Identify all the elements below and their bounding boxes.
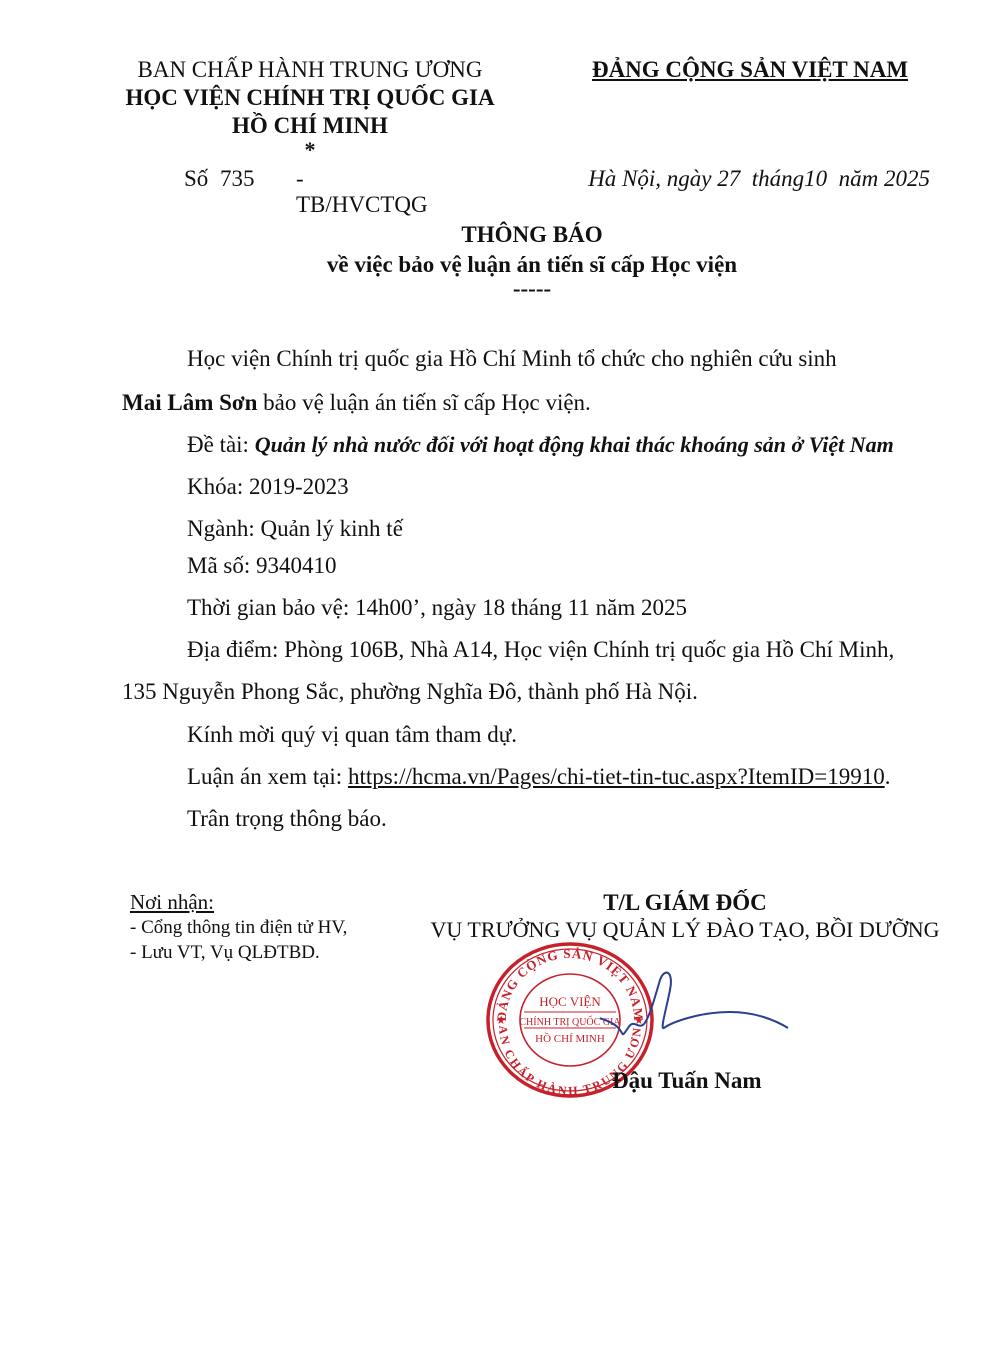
document-title-block: THÔNG BÁO về việc bảo vệ luận án tiến sĩ… (0, 220, 1000, 298)
topic-label: Đề tài: (187, 432, 255, 457)
seal-inner-line1: HỌC VIỆN (539, 994, 601, 1009)
institution-name-line2: HỒ CHÍ MINH (110, 112, 510, 140)
location-line-1: Địa điểm: Phòng 106B, Nhà A14, Học viện … (187, 629, 894, 671)
doc-number-prefix: Số (184, 166, 208, 192)
document-title: THÔNG BÁO (0, 220, 1000, 250)
party-header: ĐẢNG CỘNG SẢN VIỆT NAM (560, 56, 940, 84)
parent-body: BAN CHẤP HÀNH TRUNG ƯƠNG (110, 56, 510, 84)
code-line: Mã số: 9340410 (187, 545, 337, 587)
title-divider: ----- (0, 280, 1000, 298)
location-line-2: 135 Nguyễn Phong Sắc, phường Nghĩa Đô, t… (122, 671, 698, 713)
seal-inner-line3: HỒ CHÍ MINH (535, 1032, 605, 1045)
intro-paragraph: Học viện Chính trị quốc gia Hồ Chí Minh … (187, 338, 837, 380)
recipients-heading: Nơi nhận: (130, 890, 347, 915)
star-separator: * (110, 140, 510, 160)
signer-name: Đậu Tuấn Nam (612, 1068, 762, 1094)
major-line: Ngành: Quản lý kinh tế (187, 508, 403, 550)
topic-line: Đề tài: Quản lý nhà nước đối với hoạt độ… (187, 424, 894, 466)
recipients-block: Nơi nhận: - Cổng thông tin điện tử HV, -… (130, 890, 347, 965)
intro-paragraph-cont: Mai Lâm Sơn bảo vệ luận án tiến sĩ cấp H… (122, 382, 591, 424)
closing-line: Trân trọng thông báo. (187, 798, 387, 840)
issuing-body-header: BAN CHẤP HÀNH TRUNG ƯƠNG HỌC VIỆN CHÍNH … (110, 56, 510, 160)
svg-text:★: ★ (496, 1015, 506, 1027)
intro-continuation: bảo vệ luận án tiến sĩ cấp Học viện. (257, 390, 590, 415)
handwritten-signature-icon (600, 970, 790, 1060)
doc-number-value: 735 (220, 166, 255, 192)
institution-name-line1: HỌC VIỆN CHÍNH TRỊ QUỐC GIA (110, 84, 510, 112)
thesis-link-period: . (885, 764, 891, 789)
document-subtitle: về việc bảo vệ luận án tiến sĩ cấp Học v… (0, 250, 1000, 280)
thesis-link-line: Luận án xem tại: https://hcma.vn/Pages/c… (187, 756, 890, 798)
signing-authority: T/L GIÁM ĐỐC (420, 890, 950, 916)
course-line: Khóa: 2019-2023 (187, 466, 349, 508)
recipient-item: - Cổng thông tin điện tử HV, (130, 915, 347, 940)
recipient-item: - Lưu VT, Vụ QLĐTBD. (130, 940, 347, 965)
thesis-link[interactable]: https://hcma.vn/Pages/chi-tiet-tin-tuc.a… (348, 764, 885, 789)
invitation-line: Kính mời quý vị quan tâm tham dự. (187, 714, 517, 756)
issue-date: Hà Nội, ngày 27 tháng10 năm 2025 (560, 166, 930, 192)
candidate-name: Mai Lâm Sơn (122, 390, 257, 415)
defense-time-line: Thời gian bảo vệ: 14h00’, ngày 18 tháng … (187, 587, 687, 629)
thesis-topic: Quản lý nhà nước đối với hoạt động khai … (255, 432, 894, 457)
thesis-link-label: Luận án xem tại: (187, 764, 348, 789)
doc-number-code: -TB/HVCTQG (296, 166, 428, 218)
signature-block: T/L GIÁM ĐỐC VỤ TRƯỞNG VỤ QUẢN LÝ ĐÀO TẠ… (420, 890, 950, 944)
